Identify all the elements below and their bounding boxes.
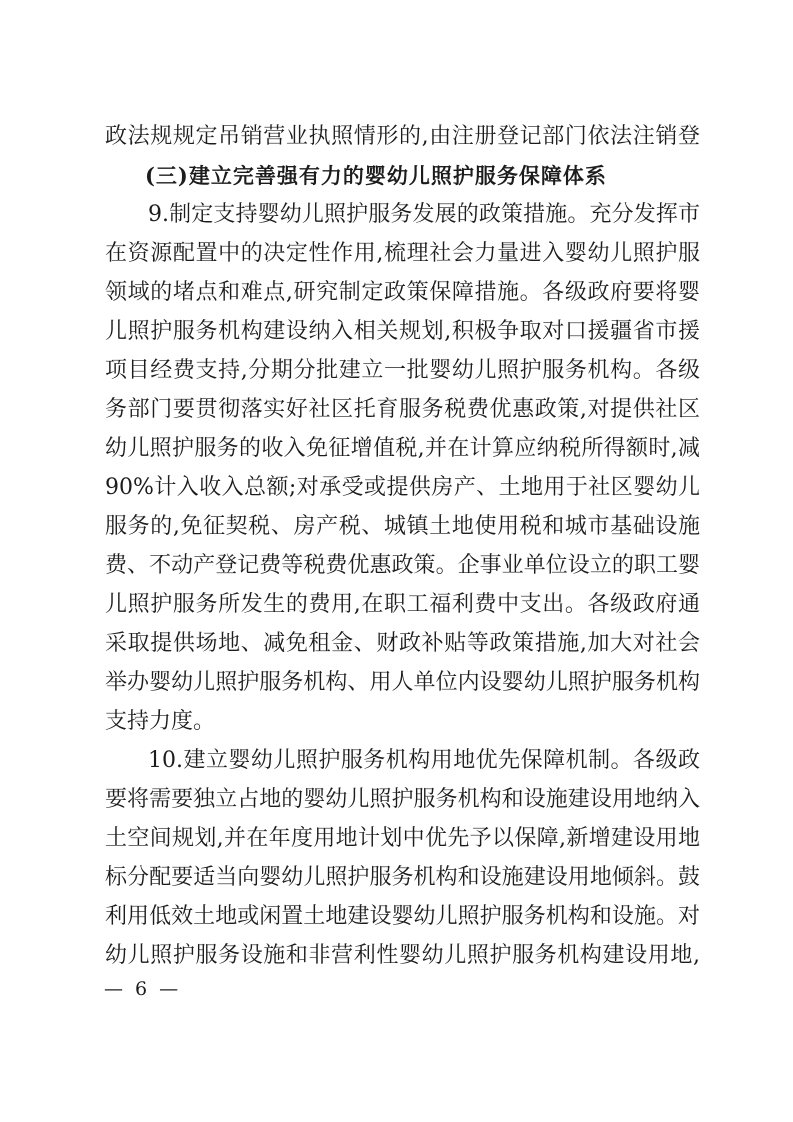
text-line: 采取提供场地、减免租金、财政补贴等政策措施,加大对社会力量 xyxy=(105,624,700,663)
text-line: 利用低效土地或闲置土地建设婴幼儿照护服务机构和设施。对婴 xyxy=(105,897,700,936)
text-line: 标分配要适当向婴幼儿照护服务机构和设施建设用地倾斜。鼓励 xyxy=(105,858,700,897)
text-line: 服务的,免征契税、房产税、城镇土地使用税和城市基础设施配套 xyxy=(105,507,700,546)
text-line: 9.制定支持婴幼儿照护服务发展的政策措施。充分发挥市场 xyxy=(105,195,700,234)
text-line: 政法规规定吊销营业执照情形的,由注册登记部门依法注销登记。 xyxy=(105,117,700,156)
document-page: 政法规规定吊销营业执照情形的,由注册登记部门依法注销登记。 (三)建立完善强有力… xyxy=(0,0,793,1122)
text-line: 支持力度。 xyxy=(105,702,700,741)
text-line: 领域的堵点和难点,研究制定政策保障措施。各级政府要将婴幼 xyxy=(105,273,700,312)
text-line: 土空间规划,并在年度用地计划中优先予以保障,新增建设用地指 xyxy=(105,819,700,858)
text-line: 幼儿照护服务的收入免征增值税,并在计算应纳税所得额时,减按 xyxy=(105,429,700,468)
text-line: 务部门要贯彻落实好社区托育服务税费优惠政策,对提供社区婴 xyxy=(105,390,700,429)
text-block: 政法规规定吊销营业执照情形的,由注册登记部门依法注销登记。 (三)建立完善强有力… xyxy=(105,117,700,975)
text-line: 10.建立婴幼儿照护服务机构用地优先保障机制。各级政府 xyxy=(105,741,700,780)
page-number: — 6 — xyxy=(104,978,181,1000)
page-footer: — 6 — xyxy=(104,977,181,1001)
text-line: 要将需要独立占地的婴幼儿照护服务机构和设施建设用地纳入国 xyxy=(105,780,700,819)
text-line: 90%计入收入总额;对承受或提供房产、土地用于社区婴幼儿照护 xyxy=(105,468,700,507)
text-line: 儿照护服务所发生的费用,在职工福利费中支出。各级政府通过 xyxy=(105,585,700,624)
text-line: 项目经费支持,分期分批建立一批婴幼儿照护服务机构。各级税 xyxy=(105,351,700,390)
text-line: 儿照护服务机构建设纳入相关规划,积极争取对口援疆省市援疆 xyxy=(105,312,700,351)
text-line: 在资源配置中的决定性作用,梳理社会力量进入婴幼儿照护服务 xyxy=(105,234,700,273)
text-line: 幼儿照护服务设施和非营利性婴幼儿照护服务机构建设用地,符 xyxy=(105,936,700,975)
section-heading: (三)建立完善强有力的婴幼儿照护服务保障体系 xyxy=(105,156,700,195)
text-line: 费、不动产登记费等税费优惠政策。企事业单位设立的职工婴幼 xyxy=(105,546,700,585)
text-line: 举办婴幼儿照护服务机构、用人单位内设婴幼儿照护服务机构的 xyxy=(105,663,700,702)
